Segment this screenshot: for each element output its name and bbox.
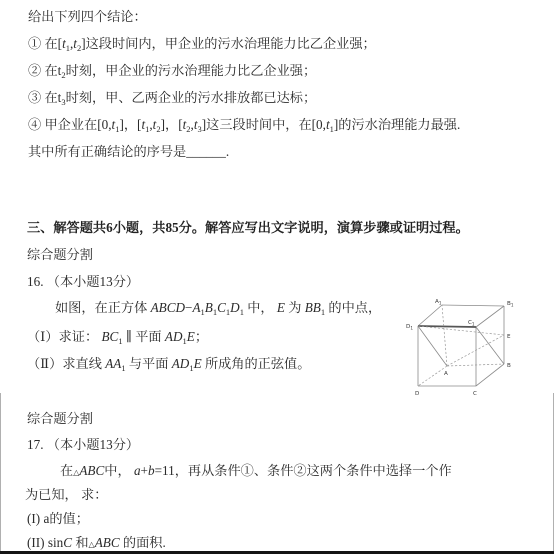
q16-number: 16. （本小题13分） [27,274,139,290]
cube-solid-edges [418,305,504,386]
q17-part1: (I) a的值； [27,511,89,527]
page-border-left [0,393,1,554]
vertex-label-d: D [415,391,419,397]
conclusion-item-4: ④ 甲企业在[0,t1]，[t1,t2]，[t2,t3]这三段时间中，在[0,t… [28,117,460,137]
q16-part2: （Ⅱ）求直线 AA1 与平面 AD1E 所成角的正弦值。 [27,356,310,376]
q16-part1: （Ⅰ）求证： BC1 ∥ 平面 AD1E； [27,329,208,349]
conclusion-item-2: ② 在t2时刻，甲企业的污水治理能力比乙企业强； [28,63,316,83]
vertex-label-b: B [507,363,511,369]
vertex-label-a1: A1 [435,299,442,305]
cube-vertex-labels: A1 B1 D1 C1 E B A D C [406,299,514,397]
conclusions-answer-blank-line: 其中所有正确结论的序号是______. [28,144,229,160]
cube-figure: A1 B1 D1 C1 E B A D C [405,292,523,400]
conclusions-intro: 给出下列四个结论： [28,9,147,25]
q17-intro-line2: 为已知， 求： [25,487,107,503]
vertex-label-e: E [507,334,511,340]
q16-intro: 如图，在正方体 ABCD−A1B1C1D1 中， E 为 BB1 的中点， [55,300,381,320]
q17-intro-line1: 在△ABC中， a+b=11，再从条件①、条件②这两个条件中选择一个作 [60,463,452,481]
conclusion-item-3: ③ 在t3时刻，甲、乙两企业的污水排放都已达标； [28,90,316,110]
q17-number: 17. （本小题13分） [27,437,139,453]
section-divider-2: 综合题分割 [27,411,93,427]
vertex-label-b1: B1 [507,301,514,307]
section3-header: 三、解答题共6小题，共85分。解答应写出文字说明，演算步骤或证明过程。 [27,220,469,236]
vertex-label-d1: D1 [406,324,413,330]
section-divider-1: 综合题分割 [27,247,93,263]
vertex-label-a: A [444,371,448,377]
vertex-label-c1: C1 [468,320,475,326]
vertex-label-c: C [473,391,477,397]
conclusion-item-1: ① 在[t1,t2]这段时间内，甲企业的污水治理能力比乙企业强； [28,36,376,56]
